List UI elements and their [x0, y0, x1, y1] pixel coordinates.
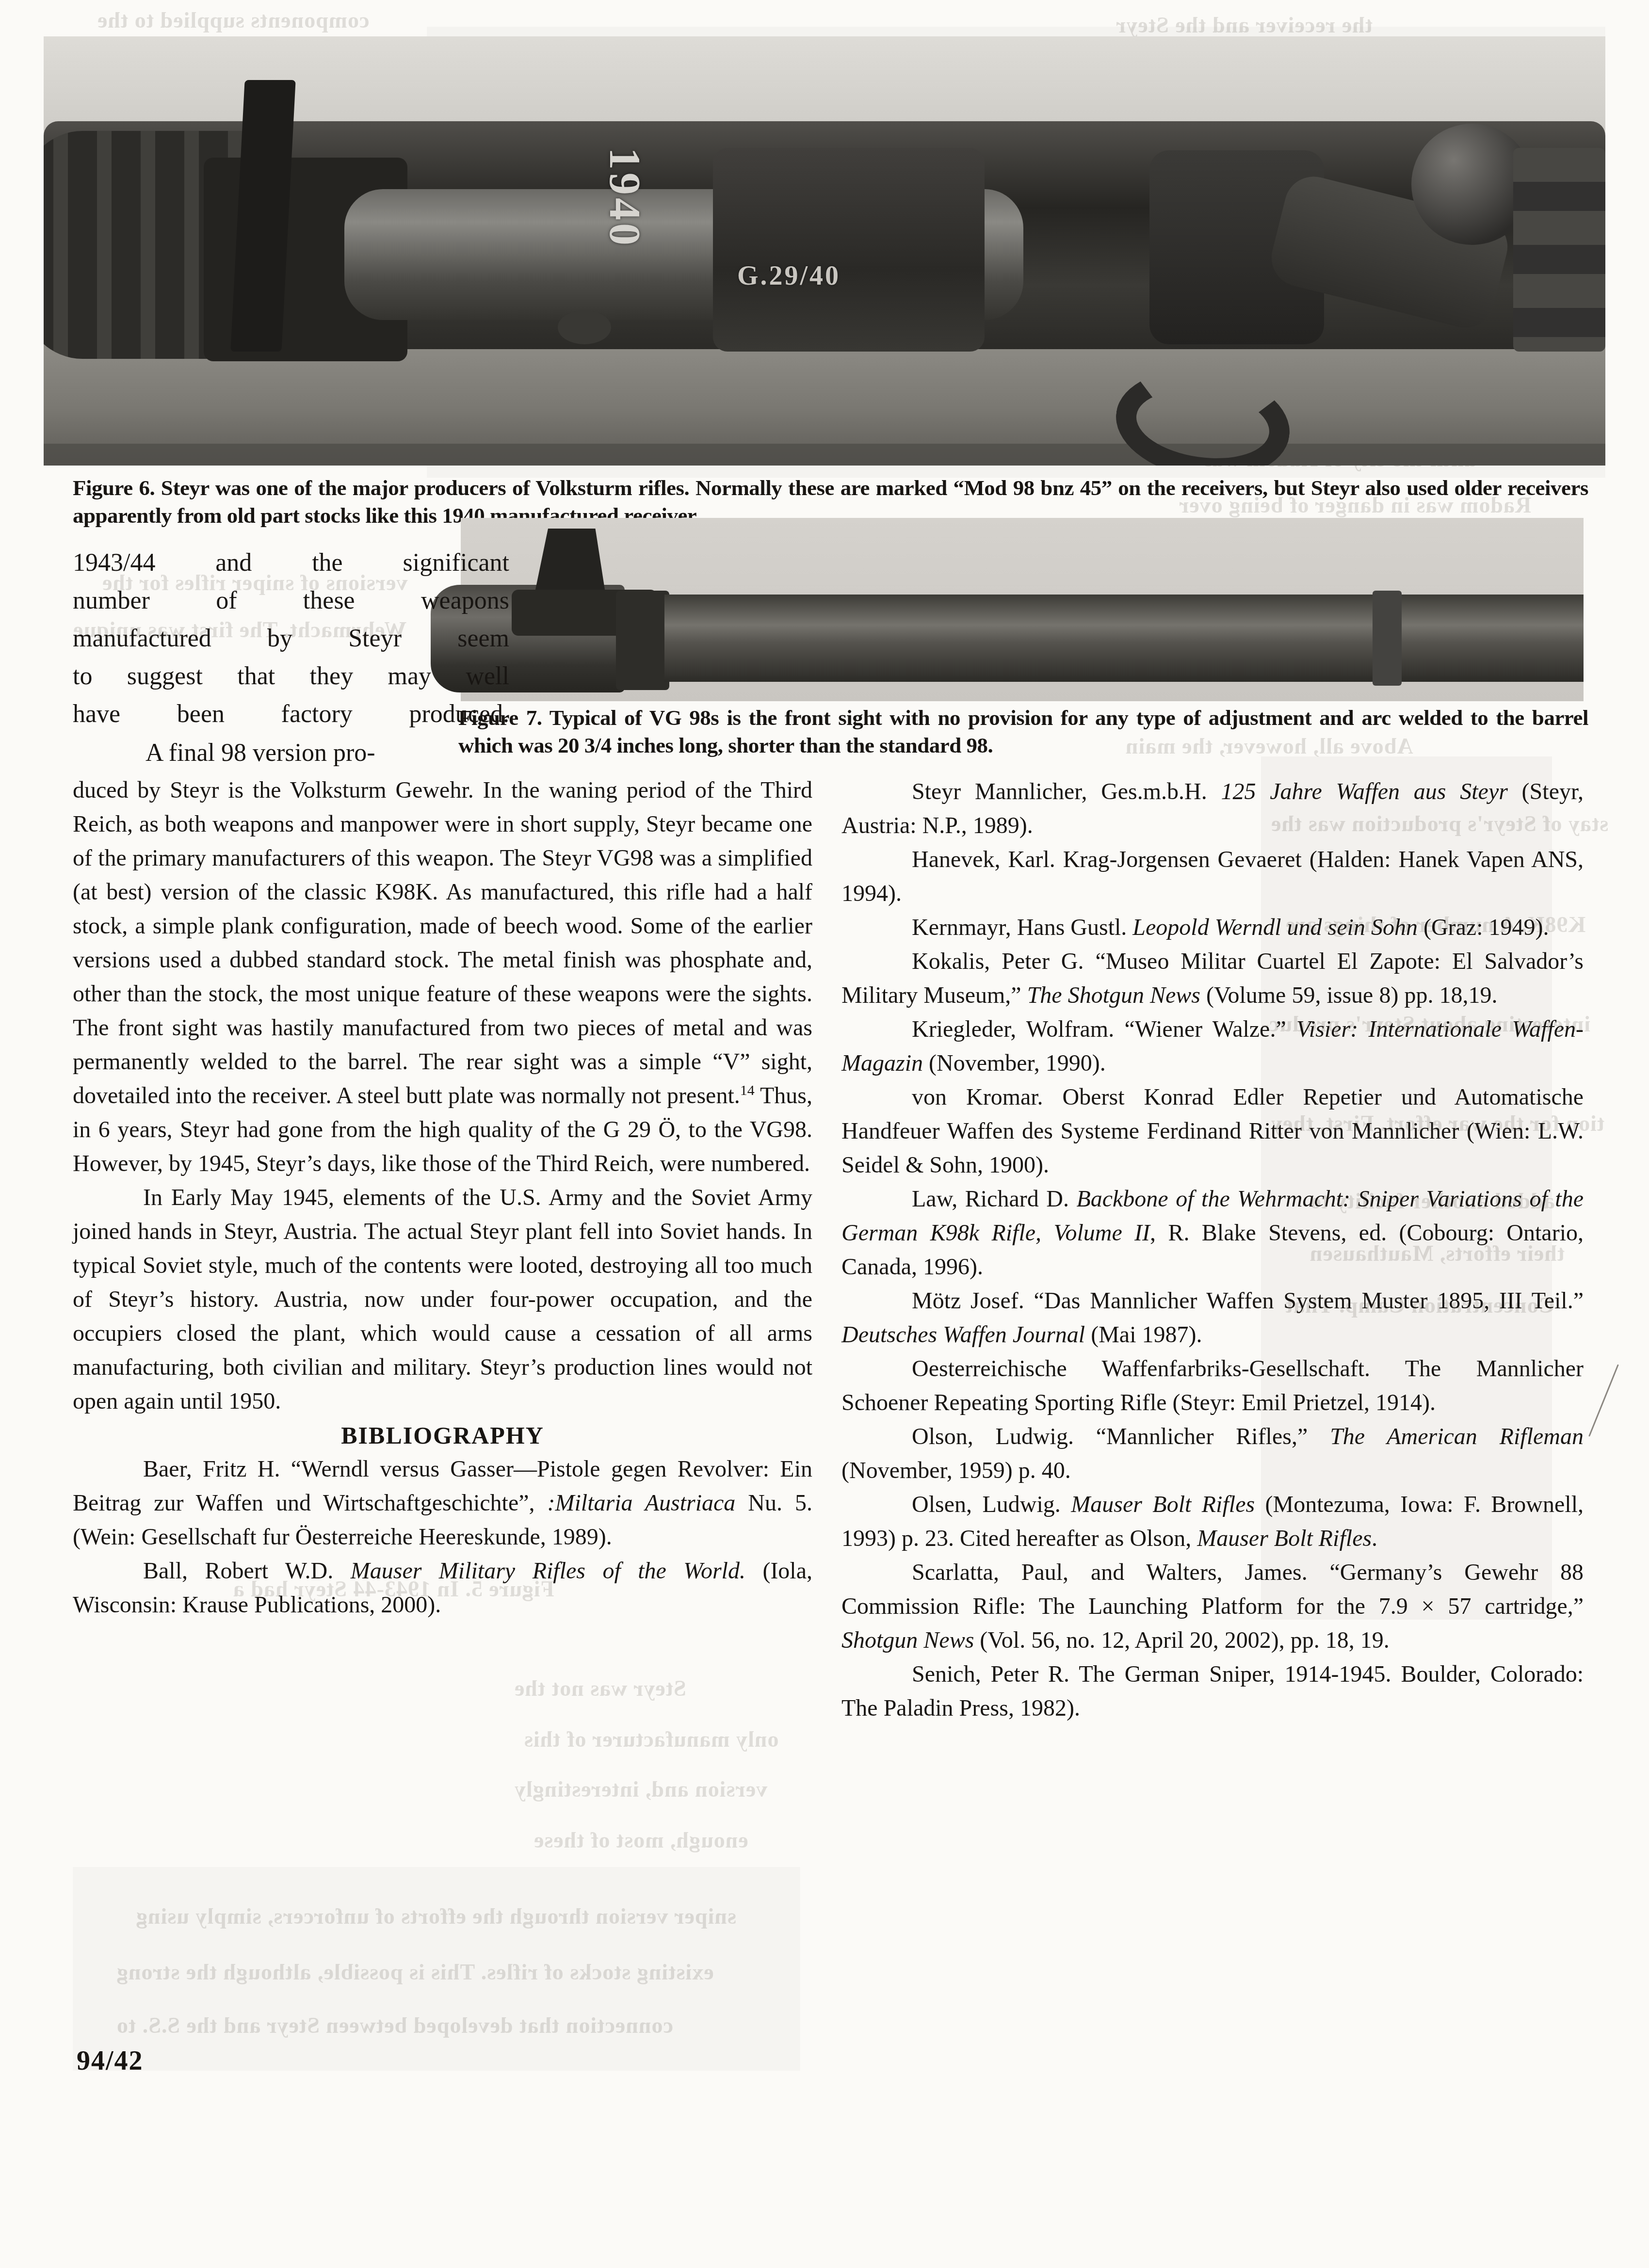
- stamp-1940-marking: 1940: [599, 147, 651, 248]
- bibliography-entry: Ball, Robert W.D. Mauser Military Rifles…: [73, 1554, 812, 1622]
- bleed-through-text: existing stocks of rifles. This is possi…: [116, 1959, 714, 1985]
- bibliography-entry: Oesterreichische Waffenfarbriks-Gesellsc…: [841, 1352, 1584, 1420]
- bibliography-heading: BIBLIOGRAPHY: [73, 1418, 812, 1452]
- bibliography-entry: von Kromar. Oberst Konrad Edler Repetier…: [841, 1080, 1584, 1182]
- figure7-photo-barrel: [461, 518, 1584, 701]
- intro-paragraph-column: 1943/44 and the significantnumber of the…: [73, 544, 509, 772]
- paragraph-lead-line: A final 98 version pro-: [73, 734, 509, 772]
- bibliography-entry: Kriegleder, Wolfram. “Wiener Walze.” Vis…: [841, 1013, 1584, 1080]
- body-paragraph-may1945: In Early May 1945, elements of the U.S. …: [73, 1181, 812, 1418]
- right-text-column: Steyr Mannlicher, Ges.m.b.H. 125 Jahre W…: [841, 775, 1584, 1725]
- figure7-caption: Figure 7. Typical of VG 98s is the front…: [458, 704, 1588, 759]
- page-number: 94/42: [77, 2045, 144, 2076]
- left-text-column: duced by Steyr is the Volksturm Gewehr. …: [73, 773, 812, 1622]
- bibliography-entry: Law, Richard D. Backbone of the Wehrmach…: [841, 1182, 1584, 1284]
- bleed-through-text: the receiver and the Steyr: [1115, 12, 1373, 38]
- stamp-g2940-marking: G.29/40: [737, 260, 841, 291]
- bleed-through-text: components supplied to the: [97, 7, 369, 33]
- bleed-through-text: enough, most of these: [533, 1827, 748, 1853]
- barrel-step-band: [616, 591, 669, 690]
- bibliography-entry: Baer, Fritz H. “Werndl versus Gasser—Pis…: [73, 1452, 812, 1554]
- bibliography-entry: Kokalis, Peter G. “Museo Militar Cuartel…: [841, 945, 1584, 1013]
- bibliography-entry: Kernmayr, Hans Gustl. Leopold Werndl und…: [841, 911, 1584, 945]
- bleed-through-text: Steyr was not the: [514, 1675, 686, 1701]
- bibliography-entry: Olson, Ludwig. “Mannlicher Rifles,” The …: [841, 1420, 1584, 1488]
- bibliography-entry: Olsen, Ludwig. Mauser Bolt Rifles (Monte…: [841, 1488, 1584, 1556]
- bibliography-entry: Mötz Josef. “Das Mannlicher Waffen Syste…: [841, 1284, 1584, 1352]
- stray-mark: [1588, 1364, 1619, 1436]
- receiver-ring: [713, 148, 985, 352]
- bibliography-entry: Hanevek, Karl. Krag-Jorgensen Gevaeret (…: [841, 843, 1584, 911]
- body-paragraph-final98: duced by Steyr is the Volksturm Gewehr. …: [73, 773, 812, 1181]
- bibliography-entry: Steyr Mannlicher, Ges.m.b.H. 125 Jahre W…: [841, 775, 1584, 843]
- receiver-rear-section: [1513, 148, 1605, 352]
- scanned-magazine-page: components supplied to the the receiver …: [0, 0, 1649, 2268]
- figure6-photo-rifle-receiver: 1940 G.29/40: [44, 36, 1605, 466]
- stock-shadow: [44, 444, 1605, 466]
- bleed-through-text: connection that developed between Steyr …: [116, 2012, 673, 2038]
- front-sight-blade: [533, 529, 606, 599]
- barrel-step: [1373, 591, 1402, 686]
- stock-hole: [558, 310, 611, 344]
- bibliography-entry: Scarlatta, Paul, and Walters, James. “Ge…: [841, 1556, 1584, 1657]
- bibliography-entry: Senich, Peter R. The German Sniper, 1914…: [841, 1657, 1584, 1725]
- bleed-through-text: only manufacturer of this: [524, 1726, 778, 1752]
- bleed-through-text: version and, interestingly: [514, 1776, 767, 1802]
- bleed-through-text: sniper version through the efforts of un…: [136, 1903, 736, 1929]
- intro-paragraph-lines: 1943/44 and the significantnumber of the…: [73, 544, 509, 733]
- barrel-tube: [664, 595, 1584, 682]
